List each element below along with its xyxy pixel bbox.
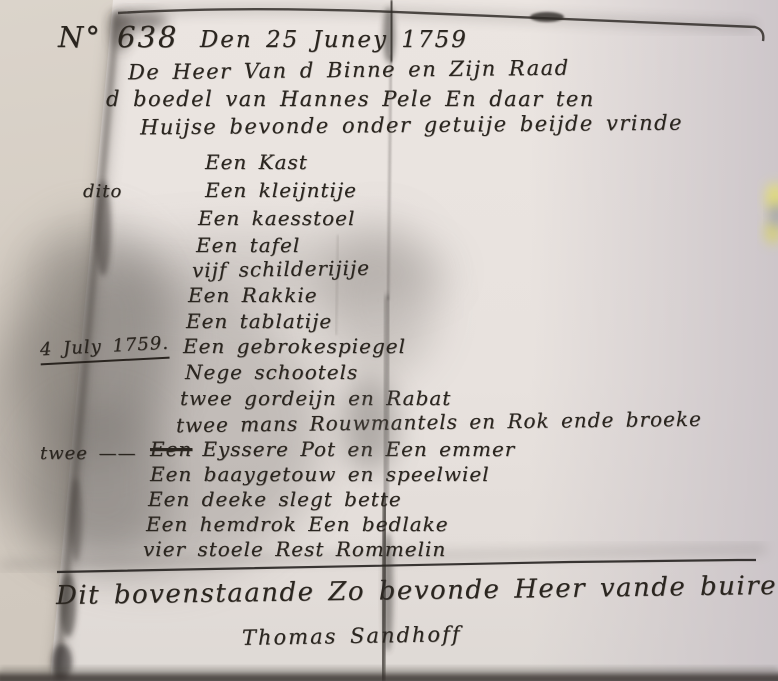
inventory-item: Een deeke slegt bette bbox=[148, 487, 402, 511]
inventory-item-text: Eyssere Pot en Een emmer bbox=[202, 437, 515, 461]
header-line-3: d boedel van Hannes Pele En daar ten bbox=[106, 87, 595, 112]
inventory-item: EenEyssere Pot en Een emmer bbox=[150, 437, 515, 461]
signature: Thomas Sandhoff bbox=[242, 622, 462, 651]
inventory-item: Een Rakkie bbox=[188, 283, 318, 307]
document-number: N° 638 bbox=[58, 20, 178, 54]
inventory-item: twee gordeijn en Rabat bbox=[180, 386, 451, 410]
inventory-item: Een gebrokespiegel bbox=[183, 334, 406, 358]
document-date: Den 25 Juney 1759 bbox=[200, 27, 468, 53]
inventory-item: Een Kast bbox=[205, 150, 308, 174]
inventory-item: Een kleijntije bbox=[205, 178, 357, 202]
manuscript-photo: N° 638 Den 25 Juney 1759 De Heer Van d B… bbox=[0, 0, 778, 681]
struck-out-word: Een bbox=[150, 437, 192, 461]
inventory-item: Een tablatije bbox=[186, 309, 332, 333]
inventory-item: Nege schootels bbox=[185, 360, 358, 384]
inventory-item: vier stoele Rest Rommelin bbox=[143, 537, 446, 561]
header-line-1: N° 638 Den 25 Juney 1759 bbox=[58, 20, 468, 55]
margin-note-dito: dito bbox=[83, 181, 122, 203]
header-line-4: Huijse bevonde onder getuije beijde vrin… bbox=[140, 111, 683, 141]
inventory-item: Een hemdrok Een bedlake bbox=[146, 512, 449, 536]
header-line-2: De Heer Van d Binne en Zijn Raad bbox=[128, 56, 570, 86]
margin-note-twee: twee —— bbox=[40, 443, 137, 465]
inventory-item: Een kaesstoel bbox=[198, 206, 355, 230]
inventory-item: Een baaygetouw en speelwiel bbox=[150, 462, 490, 486]
inventory-item: vijf schilderijije bbox=[192, 256, 370, 282]
inventory-item: Een tafel bbox=[196, 233, 300, 257]
